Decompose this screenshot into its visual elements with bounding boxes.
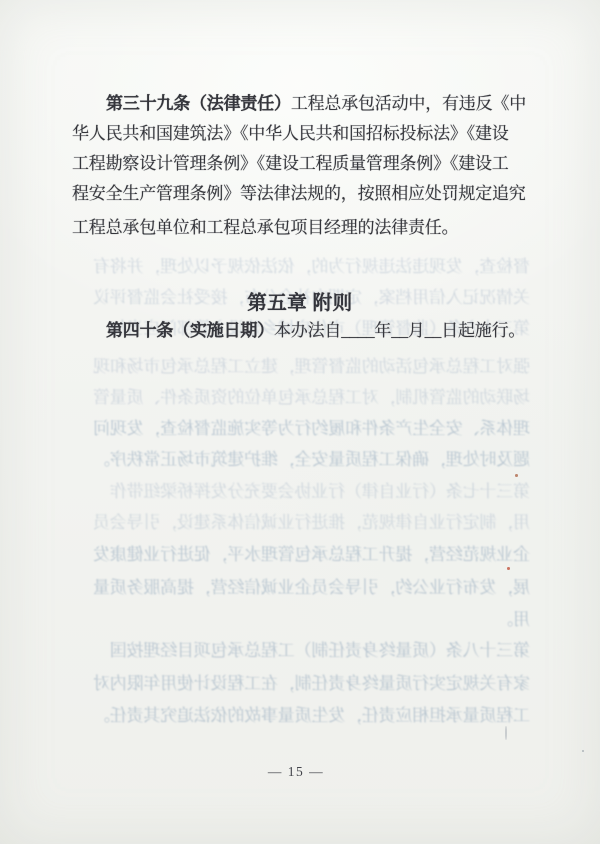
article-39-number-label: 第三十九条（法律责任） [106,94,291,113]
article-40-text: 本办法自____年__月__日起施行。 [274,321,525,340]
article-40-number-label: 第四十条（实施日期） [106,321,274,340]
article-39-line-1: 第三十九条（法律责任）工程总承包活动中，有违反《中 [72,93,538,115]
article-40-line: 第四十条（实施日期）本办法自____年__月__日起施行。 [72,320,538,342]
chapter-heading: 第五章 附则 [0,287,600,315]
scanned-document-page: 督检查，发现违法违规行为的，依法依规予以处理，并将有关情况记入信用档案，定期向社… [0,0,600,844]
article-39-line-3: 工程勘察设计管理条例》《建设工程质量管理条例》《建设工 [72,153,538,175]
article-39-line-1-text: 工程总承包活动中，有违反《中 [291,94,526,113]
article-39-line-5: 工程总承包单位和工程总承包项目经理的法律责任。 [72,217,538,239]
article-39-line-4: 程安全生产管理条例》等法律法规的，按照相应处罚规定追究 [72,183,538,205]
page-number: — 15 — [0,764,592,780]
article-39-line-2: 华人民共和国建筑法》《中华人民共和国招标投标法》《建设 [72,123,538,145]
document-text-layer: 第三十九条（法律责任）工程总承包活动中，有违反《中 华人民共和国建筑法》《中华人… [0,0,600,844]
